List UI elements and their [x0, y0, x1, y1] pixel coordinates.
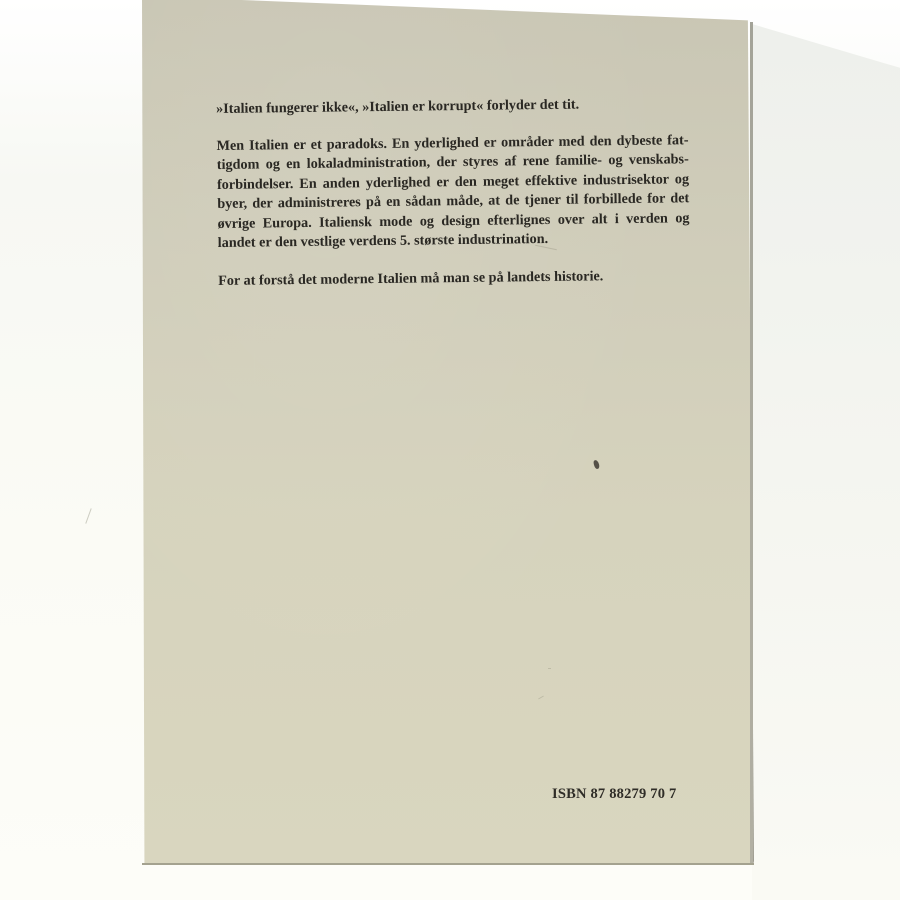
book-right-edge [750, 22, 753, 864]
scratch-mark [548, 668, 551, 669]
blurb-closing: For at forstå det moderne Italien må man… [218, 266, 690, 291]
blurb-paragraph: Men Italien er et paradoks. En yderlighe… [216, 131, 689, 254]
background-mark [85, 508, 91, 523]
cover-blurb: »Italien fungerer ikke«, »Italien er kor… [216, 94, 691, 309]
book-bottom-edge [142, 863, 754, 865]
photo-scene: »Italien fungerer ikke«, »Italien er kor… [0, 0, 900, 900]
background-surface [752, 24, 900, 900]
isbn-number: ISBN 87 88279 70 7 [552, 786, 676, 803]
